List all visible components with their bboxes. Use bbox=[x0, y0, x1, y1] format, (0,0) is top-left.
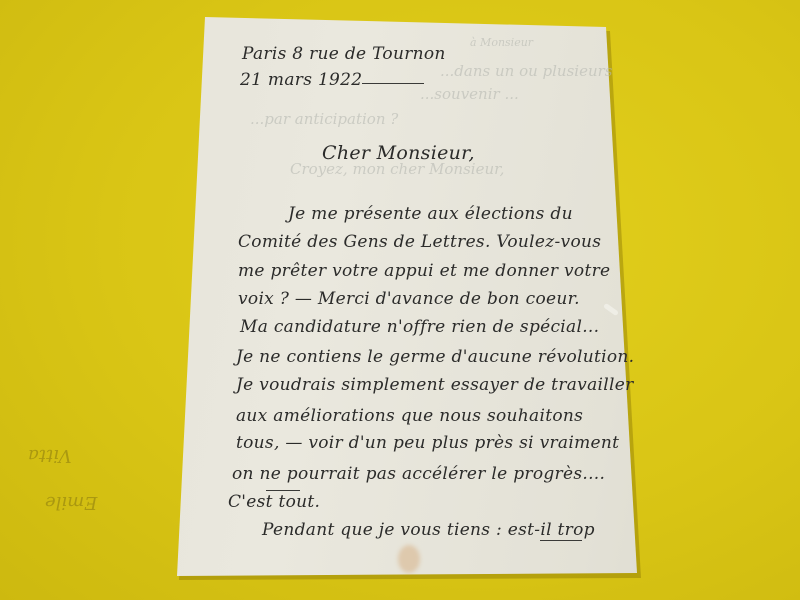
letter-line: Je voudrais simplement essayer de travai… bbox=[236, 375, 634, 395]
letter-line: Pendant que je vous tiens : est-il trop bbox=[262, 520, 595, 540]
backdrop-handwriting-vitta: Vitta bbox=[28, 445, 72, 466]
trop-underline bbox=[540, 540, 582, 541]
letter-line: tous, — voir d'un peu plus près si vraim… bbox=[236, 433, 619, 453]
letter-line: aux améliorations que nous souhaitons bbox=[236, 406, 583, 426]
backdrop-handwriting-emile: Emile bbox=[45, 492, 97, 513]
letter-line: C'est tout. bbox=[228, 492, 320, 512]
ghost-text: à Monsieur bbox=[470, 36, 533, 49]
ghost-text: ...souvenir ... bbox=[420, 85, 519, 103]
paper-stain bbox=[398, 545, 420, 573]
ghost-text: ...dans un ou plusieurs bbox=[440, 62, 613, 80]
letter-line: Comité des Gens de Lettres. Voulez-vous bbox=[238, 232, 601, 252]
letter-line: Ma candidature n'offre rien de spécial..… bbox=[240, 317, 599, 337]
letter-salutation: Cher Monsieur, bbox=[322, 142, 475, 164]
date-rule bbox=[362, 83, 424, 84]
letter-line: Je me présente aux élections du bbox=[288, 204, 573, 224]
letter-line: me prêter votre appui et me donner votre bbox=[238, 261, 610, 281]
ghost-text: ...par anticipation ? bbox=[250, 110, 398, 128]
letter-line: voix ? — Merci d'avance de bon coeur. bbox=[238, 289, 580, 309]
letter-line: Je ne contiens le germe d'aucune révolut… bbox=[236, 347, 634, 367]
letter-date: 21 mars 1922 bbox=[240, 70, 362, 90]
tout-overline bbox=[266, 490, 300, 491]
letter-line: on ne pourrait pas accélérer le progrès.… bbox=[232, 464, 605, 484]
letter-address: Paris 8 rue de Tournon bbox=[242, 44, 446, 64]
